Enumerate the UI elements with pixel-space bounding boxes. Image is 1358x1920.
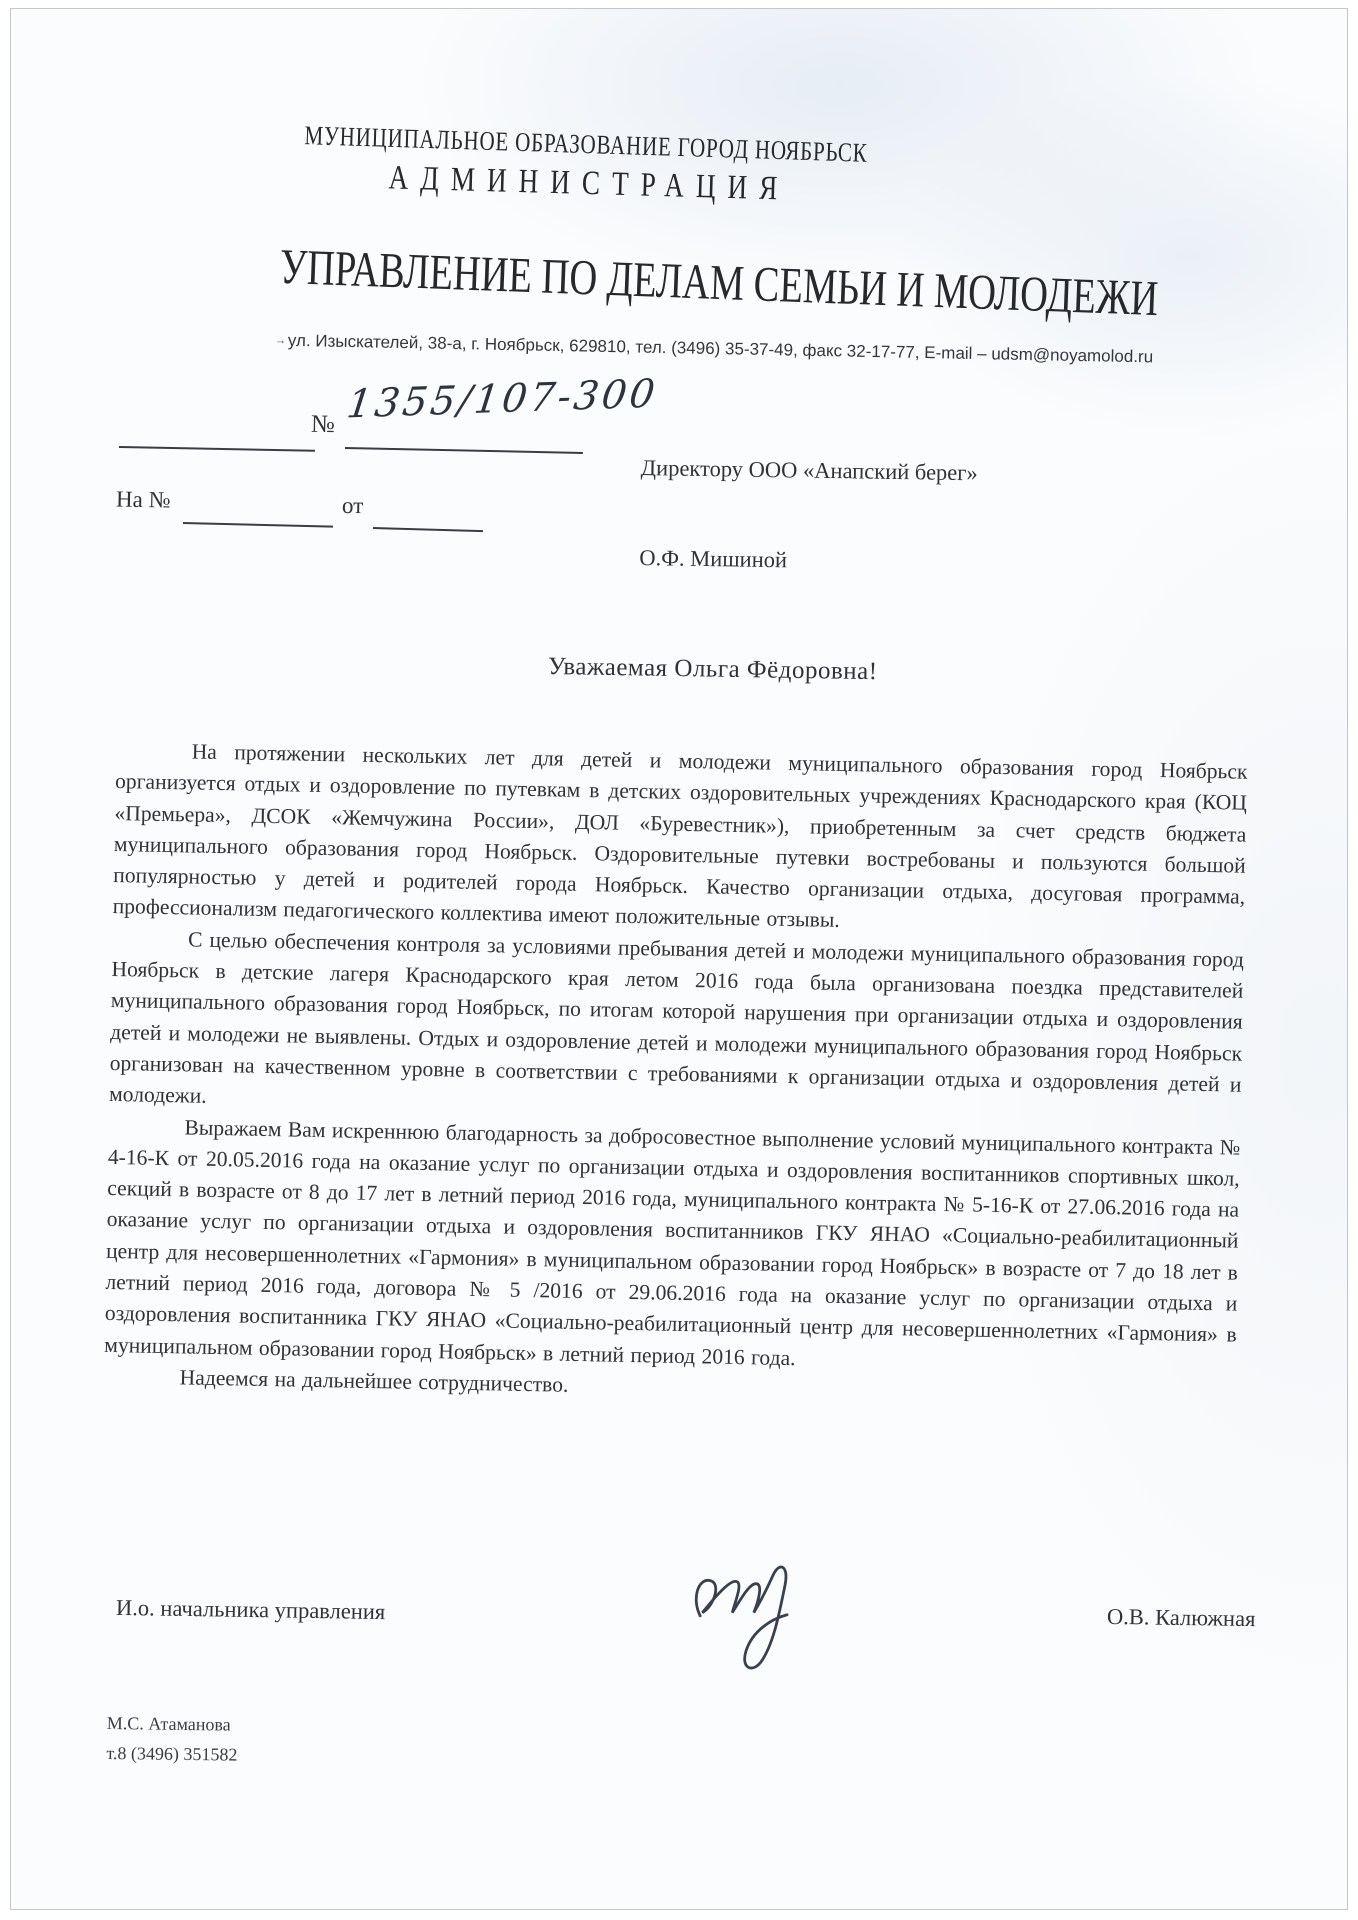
paragraph-3: Выражаем Вам искреннюю благодарность за … bbox=[104, 1110, 1241, 1382]
paragraph-2: С целью обеспечения контроля за условиям… bbox=[109, 923, 1244, 1132]
reply-number-blank-line bbox=[183, 522, 333, 528]
letterhead-department: УПРАВЛЕНИЕ ПО ДЕЛАМ СЕМЬИ И МОЛОДЕЖИ bbox=[279, 237, 1159, 327]
executor-name: М.С. Атаманова bbox=[107, 1709, 238, 1740]
scanned-letter-page: МУНИЦИПАЛЬНОЕ ОБРАЗОВАНИЕ ГОРОД НОЯБРЬСК… bbox=[10, 8, 1348, 1910]
handwritten-outgoing-number: 1355/107-300 bbox=[344, 371, 660, 427]
letterhead-address-line: →ул. Изыскателей, 38-а, г. Ноябрьск, 629… bbox=[275, 331, 1154, 368]
signer-name: О.В. Калюжная bbox=[1106, 1604, 1255, 1632]
recipient-name: О.Ф. Мишиной bbox=[639, 545, 976, 576]
number-blank-line bbox=[345, 447, 583, 454]
reply-to-label: На № bbox=[116, 487, 171, 514]
reply-date-blank-line bbox=[373, 527, 483, 532]
executor-phone: т.8 (3496) 351582 bbox=[106, 1739, 237, 1770]
date-blank-line bbox=[119, 446, 315, 452]
letterhead-administration: АДМИНИСТРАЦИЯ bbox=[388, 159, 790, 208]
address-text: ул. Изыскателей, 38-а, г. Ноябрьск, 6298… bbox=[288, 331, 1154, 367]
reply-from-label: от bbox=[342, 493, 364, 519]
recipient-block: Директору ООО «Анапский берег» О.Ф. Миши… bbox=[639, 455, 978, 576]
recipient-title: Директору ООО «Анапский берег» bbox=[641, 455, 978, 486]
paragraph-1: На протяжении нескольких лет для детей и… bbox=[112, 735, 1247, 944]
handwritten-signature-icon bbox=[683, 1557, 801, 1684]
address-marker-icon: → bbox=[275, 335, 286, 347]
executor-block: М.С. Атаманова т.8 (3496) 351582 bbox=[106, 1709, 238, 1770]
number-sign-label: № bbox=[311, 411, 335, 439]
letter-body: На протяжении нескольких лет для детей и… bbox=[103, 735, 1247, 1414]
signer-position-title: И.о. начальника управления bbox=[116, 1595, 386, 1625]
salutation: Уважаемая Ольга Фёдоровна! bbox=[548, 653, 878, 686]
